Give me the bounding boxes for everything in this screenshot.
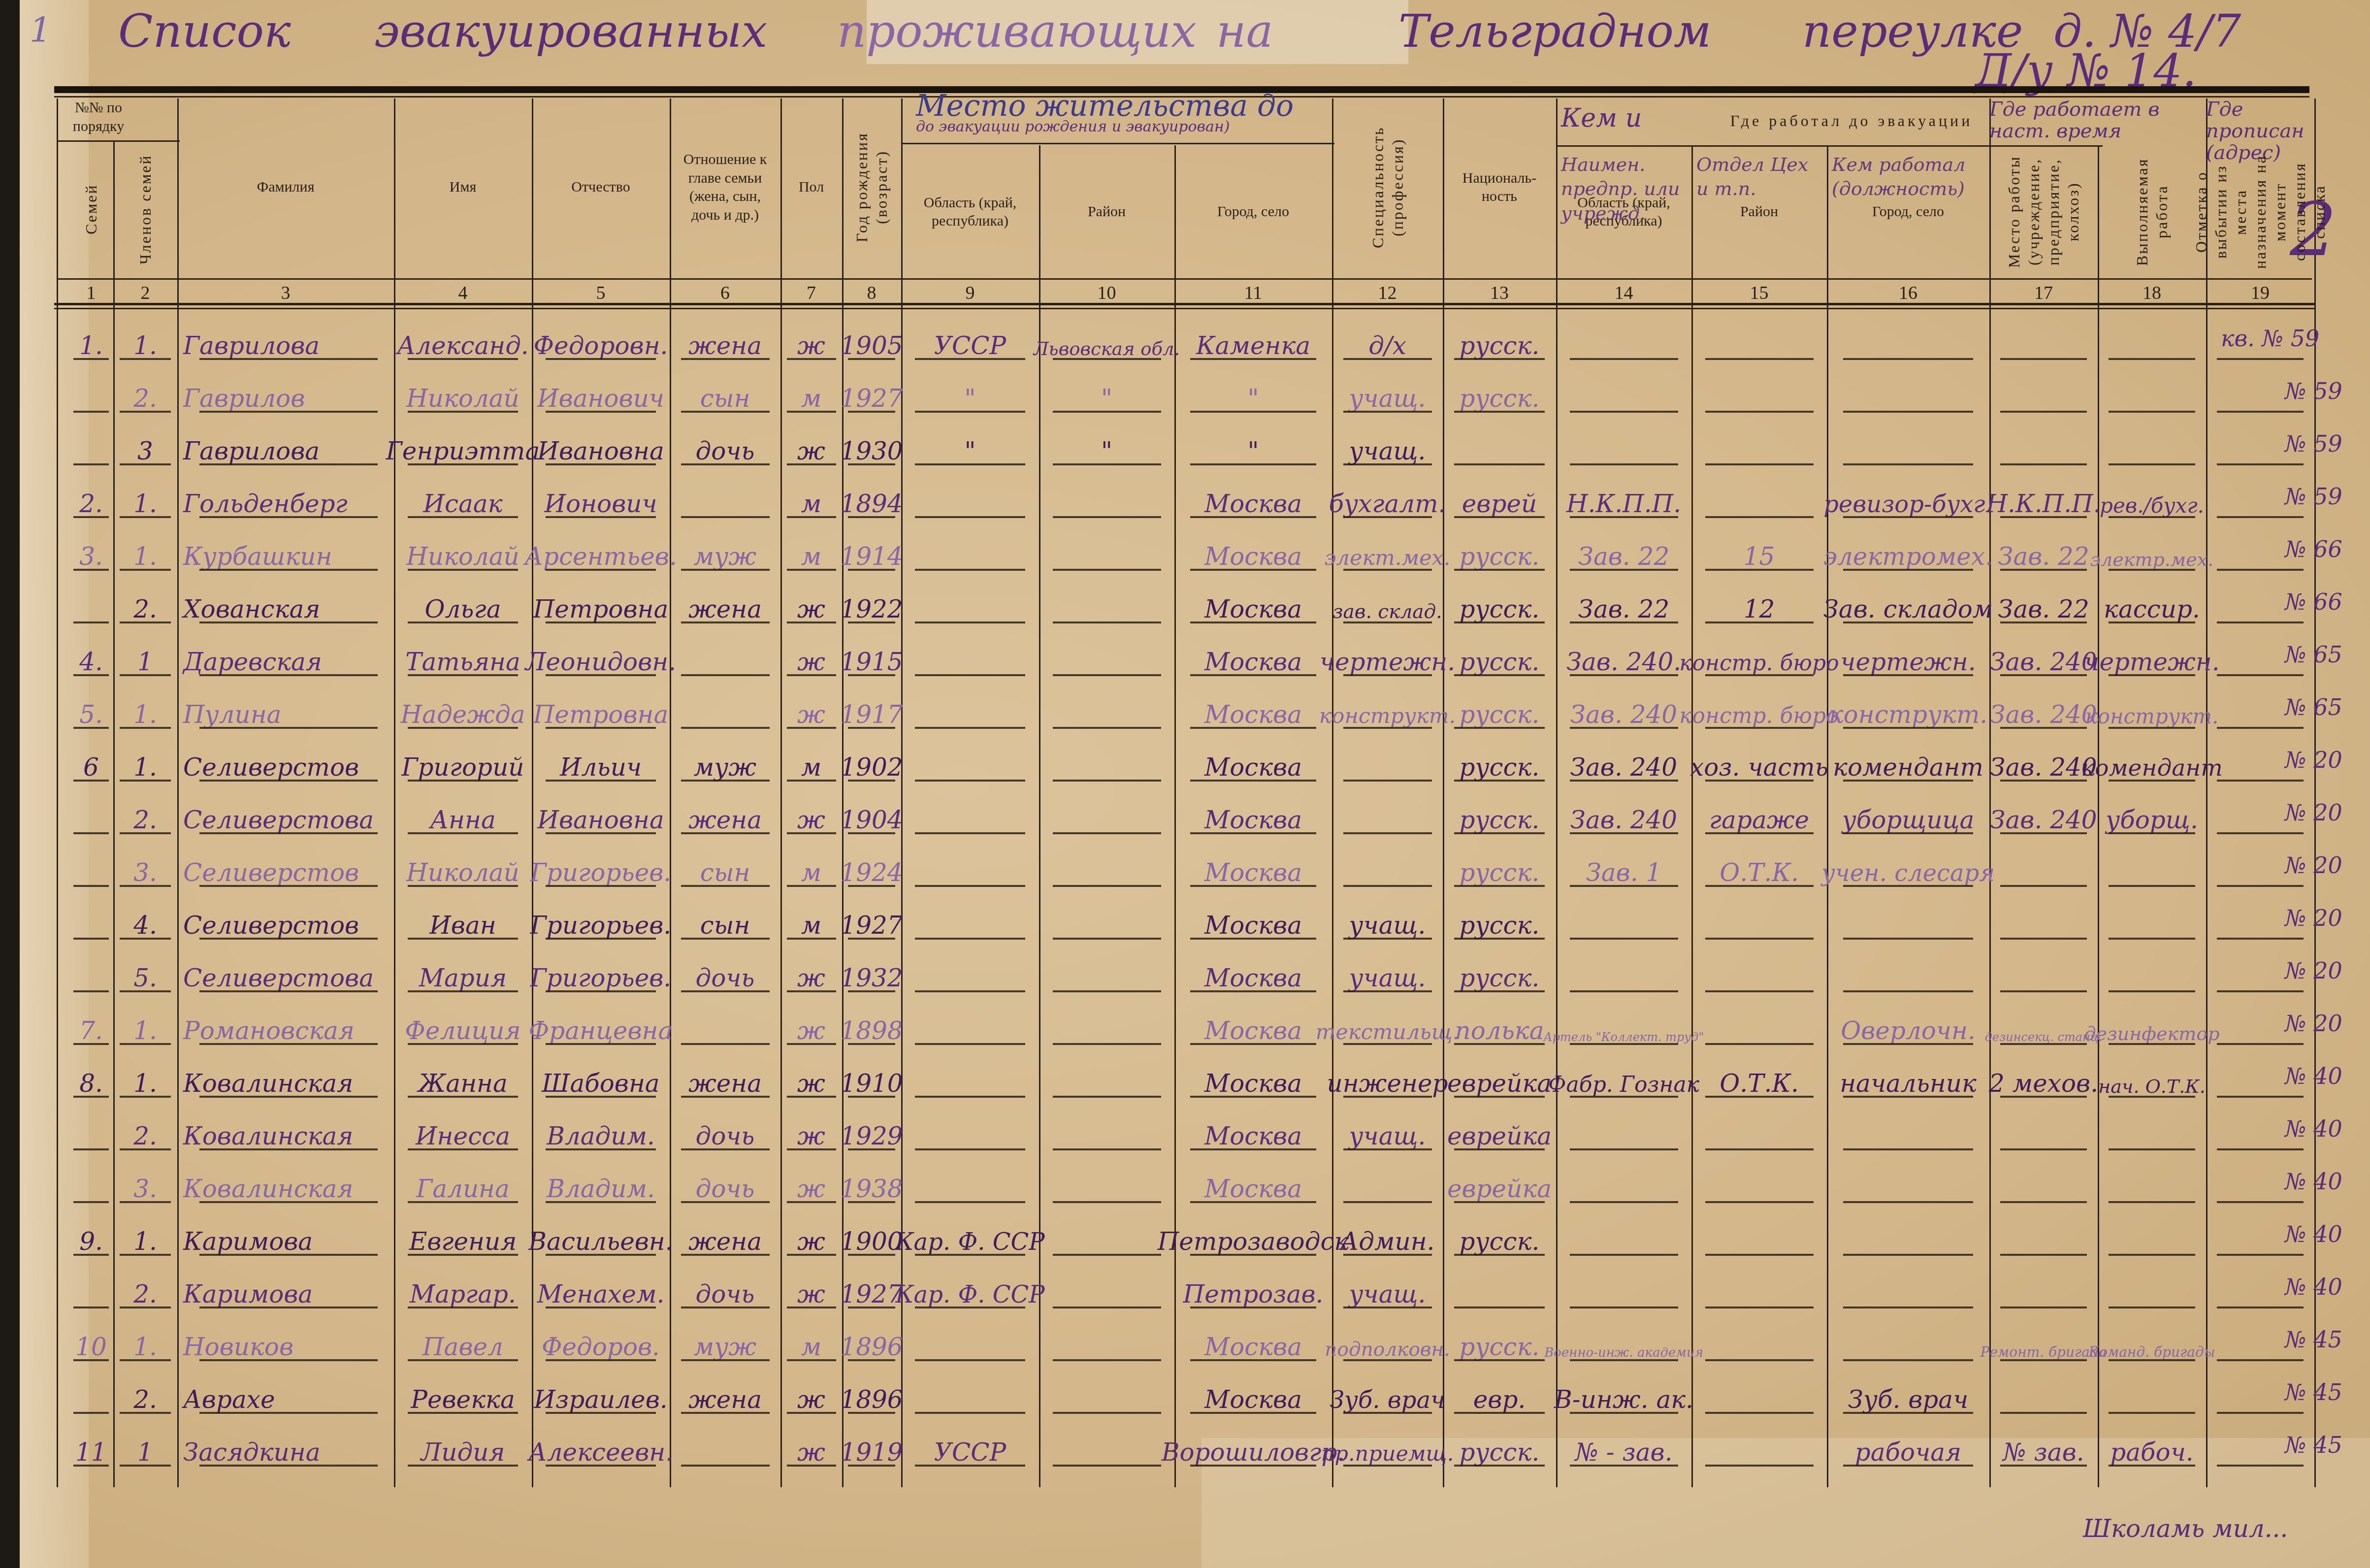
title-word: Тельградном <box>1398 5 1711 58</box>
entry-underline <box>1343 1201 1432 1203</box>
entry-underline <box>1190 1359 1316 1361</box>
cell-rel: жена <box>670 1376 780 1416</box>
entry-underline <box>546 1254 656 1256</box>
cell-city: " <box>1174 428 1332 467</box>
cell-patronymic: Федоровн. <box>532 323 670 362</box>
entry-underline <box>2217 1465 2304 1467</box>
entry-underline <box>1843 516 1973 518</box>
cell-c15: 12 <box>1691 586 1827 625</box>
entry-underline <box>73 674 109 676</box>
cell-c17: Зав. 240 <box>1989 639 2098 678</box>
entry-underline <box>1843 1148 1973 1150</box>
entry-underline <box>1343 885 1432 887</box>
cell-nat: русск. <box>1443 902 1556 942</box>
cell-patronymic: Ильич <box>532 744 670 784</box>
cell-name: Ревекка <box>394 1376 532 1416</box>
entry-underline <box>546 780 656 782</box>
entry-underline <box>2109 938 2195 940</box>
entry-underline <box>787 1465 836 1467</box>
cell-c15: констр. бюро <box>1691 639 1827 678</box>
entry-underline <box>1343 1359 1432 1361</box>
entry-underline <box>73 1201 109 1203</box>
cell-rayon <box>1039 744 1174 784</box>
entry-underline <box>1190 1307 1316 1308</box>
column-separator <box>57 98 58 1487</box>
entry-underline <box>1454 516 1545 518</box>
cell-c15 <box>1691 1113 1827 1152</box>
entry-underline <box>915 1254 1025 1256</box>
entry-underline <box>915 1412 1025 1414</box>
entry-underline <box>1190 885 1316 887</box>
entry-underline <box>848 1096 895 1098</box>
cell-year: 1927 <box>842 1271 901 1310</box>
column-header-6: Отношение к главе семьи (жена, сын, дочь… <box>670 98 780 276</box>
entry-underline <box>848 727 895 729</box>
cell-sex: ж <box>780 1060 842 1100</box>
entry-underline <box>915 832 1025 834</box>
entry-underline <box>546 1096 656 1098</box>
entry-underline <box>848 780 895 782</box>
cell-surname: Пулина <box>177 691 400 731</box>
entry-underline <box>915 885 1025 887</box>
cell-surname: Гаврилова <box>177 428 400 467</box>
entry-underline <box>915 411 1025 413</box>
cell-name: Лидия <box>394 1429 532 1469</box>
cell-sex: м <box>780 902 842 942</box>
entry-underline <box>1454 411 1545 413</box>
entry-underline <box>120 674 171 676</box>
cell-c16 <box>1827 1166 1989 1205</box>
cell-mem: 1. <box>113 1324 177 1363</box>
entry-underline <box>1705 1412 1814 1414</box>
entry-underline <box>1843 1359 1973 1361</box>
entry-underline <box>1570 938 1678 940</box>
apartment-note: № 20 <box>2285 747 2342 773</box>
entry-underline <box>1454 885 1545 887</box>
cell-obl <box>901 481 1039 520</box>
cell-c16 <box>1827 323 1989 362</box>
entry-underline <box>1454 780 1545 782</box>
entry-underline <box>681 1465 770 1467</box>
cell-year: 1904 <box>842 797 901 836</box>
cell-c17 <box>1989 1376 2098 1416</box>
entry-underline <box>2000 832 2087 834</box>
corner-mark: 1 <box>30 10 52 50</box>
entry-underline <box>2000 569 2087 571</box>
entry-underline <box>1343 516 1432 518</box>
cell-c14: Зав. 22 <box>1556 533 1691 573</box>
cell-spec <box>1332 1166 1443 1205</box>
cell-rayon <box>1039 481 1174 520</box>
entry-underline <box>2000 1043 2087 1045</box>
cell-obl <box>901 744 1039 784</box>
cell-c18 <box>2098 1271 2206 1310</box>
entry-underline <box>1705 516 1814 518</box>
entry-underline <box>1343 1465 1432 1467</box>
entry-underline <box>546 1359 656 1361</box>
cell-rel: жена <box>670 586 780 625</box>
cell-c14: Зав. 1 <box>1556 849 1691 889</box>
entry-underline <box>2217 885 2304 887</box>
entry-underline <box>120 1307 171 1308</box>
entry-underline <box>787 780 836 782</box>
cell-mem: 3. <box>113 1166 177 1205</box>
cell-c15 <box>1691 1166 1827 1205</box>
entry-underline <box>1190 938 1316 940</box>
cell-c16 <box>1827 1271 1989 1310</box>
cell-surname: Селиверстова <box>177 797 400 836</box>
entry-underline <box>1705 780 1814 782</box>
cell-c17: Ремонт. бригада <box>1989 1324 2098 1363</box>
cell-spec: учащ. <box>1332 1271 1443 1310</box>
cell-name: Александ. <box>394 323 532 362</box>
entry-underline <box>2000 885 2087 887</box>
cell-c17: Зав. 240 <box>1989 691 2098 731</box>
cell-mem: 1. <box>113 533 177 573</box>
entry-underline <box>546 1043 656 1045</box>
entry-underline <box>1454 1096 1545 1098</box>
entry-underline <box>787 885 836 887</box>
cell-mem: 5. <box>113 955 177 994</box>
cell-surname: Даревская <box>177 639 400 678</box>
entry-underline <box>2217 727 2304 729</box>
entry-underline <box>1570 1201 1678 1203</box>
entry-underline <box>915 569 1025 571</box>
entry-underline <box>1053 727 1161 729</box>
cell-surname: Ковалинская <box>177 1166 400 1205</box>
entry-underline <box>1343 1148 1432 1150</box>
entry-underline <box>120 832 171 834</box>
cell-c16 <box>1827 1113 1989 1152</box>
cell-rel <box>670 691 780 731</box>
cell-year: 1910 <box>842 1060 901 1100</box>
apartment-note: № 20 <box>2285 905 2342 931</box>
entry-underline <box>408 1254 518 1256</box>
cell-nat: полька <box>1443 1008 1556 1047</box>
column-header-14-handwritten: Наимен. предпр. или учрежд. <box>1561 153 1687 226</box>
entry-underline <box>408 1201 518 1203</box>
cell-patronymic: Францевна <box>532 1008 670 1047</box>
cell-name: Иван <box>394 902 532 942</box>
cell-fam: 4. <box>69 639 113 678</box>
cell-year: 1898 <box>842 1008 901 1047</box>
entry-underline <box>848 621 895 623</box>
entry-underline <box>546 1307 656 1308</box>
cell-city: Москва <box>1174 1376 1332 1416</box>
cell-nat: русск. <box>1443 1218 1556 1258</box>
cell-year: 1927 <box>842 902 901 942</box>
cell-c17 <box>1989 375 2098 415</box>
entry-underline <box>1343 463 1432 465</box>
entry-underline <box>1705 1254 1814 1256</box>
entry-underline <box>408 990 518 992</box>
entry-underline <box>681 569 770 571</box>
cell-obl <box>901 586 1039 625</box>
entry-underline <box>199 358 378 360</box>
cell-nat: русск. <box>1443 744 1556 784</box>
column-number: 13 <box>1443 282 1556 305</box>
entry-underline <box>681 516 770 518</box>
entry-underline <box>1843 1412 1973 1414</box>
entry-underline <box>546 990 656 992</box>
cell-year: 1932 <box>842 955 901 994</box>
cell-nat <box>1443 428 1556 467</box>
entry-underline <box>199 1254 378 1256</box>
column-header-13: Националь-ность <box>1443 98 1556 276</box>
entry-underline <box>1570 463 1678 465</box>
entry-underline <box>1843 463 1973 465</box>
cell-spec: учащ. <box>1332 375 1443 415</box>
cell-rayon <box>1039 1113 1174 1152</box>
column-number: 2 <box>113 282 177 305</box>
cell-sex: ж <box>780 1376 842 1416</box>
cell-year: 1896 <box>842 1376 901 1416</box>
entry-underline <box>848 885 895 887</box>
entry-underline <box>2109 1359 2195 1361</box>
entry-underline <box>1190 780 1316 782</box>
cell-c18 <box>2098 375 2206 415</box>
entry-underline <box>408 1307 518 1308</box>
entry-underline <box>1454 1307 1545 1308</box>
cell-rel: сын <box>670 375 780 415</box>
cell-year: 1927 <box>842 375 901 415</box>
entry-underline <box>848 1254 895 1256</box>
entry-underline <box>199 1201 378 1203</box>
entry-underline <box>408 1465 518 1467</box>
entry-underline <box>787 1201 836 1203</box>
cell-city: Москва <box>1174 1113 1332 1152</box>
column-header-11: Город, село <box>1174 148 1332 276</box>
cell-year: 1894 <box>842 481 901 520</box>
entry-underline <box>1570 1254 1678 1256</box>
cell-patronymic: Менахем. <box>532 1271 670 1310</box>
cell-mem: 1. <box>113 1060 177 1100</box>
entry-underline <box>546 1201 656 1203</box>
cell-sex: ж <box>780 323 842 362</box>
entry-underline <box>848 832 895 834</box>
cell-c18 <box>2098 1376 2206 1416</box>
apartment-note: № 20 <box>2285 1010 2342 1037</box>
entry-underline <box>2109 411 2195 413</box>
cell-nat: русск. <box>1443 691 1556 731</box>
entry-underline <box>2109 1412 2195 1414</box>
apartment-note: кв. № 59 <box>2221 325 2319 352</box>
cell-spec <box>1332 797 1443 836</box>
entry-underline <box>1705 358 1814 360</box>
column-number: 14 <box>1556 282 1691 305</box>
entry-underline <box>1843 1096 1973 1098</box>
entry-underline <box>73 463 109 465</box>
cell-spec <box>1332 744 1443 784</box>
entry-underline <box>120 463 171 465</box>
entry-underline <box>120 990 171 992</box>
cell-c14 <box>1556 955 1691 994</box>
entry-underline <box>1843 780 1973 782</box>
cell-c15 <box>1691 1324 1827 1363</box>
cell-mem: 1. <box>113 1008 177 1047</box>
entry-underline <box>1454 1043 1545 1045</box>
entry-underline <box>199 463 378 465</box>
header-group-work-printed: Где работал до эвакуации <box>1679 111 2024 131</box>
entry-underline <box>2000 1359 2087 1361</box>
entry-underline <box>1570 621 1678 623</box>
entry-underline <box>787 1148 836 1150</box>
cell-c16: конструкт. <box>1827 691 1989 731</box>
cell-rel: жена <box>670 797 780 836</box>
cell-name: Фелиция <box>394 1008 532 1047</box>
entry-underline <box>848 1307 895 1308</box>
cell-spec: подполковн. <box>1332 1324 1443 1363</box>
column-header-4: Имя <box>394 98 532 276</box>
entry-underline <box>546 411 656 413</box>
entry-underline <box>2217 1412 2304 1414</box>
cell-patronymic: Петровна <box>532 586 670 625</box>
entry-underline <box>787 1359 836 1361</box>
entry-underline <box>1053 674 1161 676</box>
header-divider <box>1556 145 2103 147</box>
cell-nat: русск. <box>1443 586 1556 625</box>
entry-underline <box>408 674 518 676</box>
entry-underline <box>681 463 770 465</box>
entry-underline <box>2109 463 2195 465</box>
entry-underline <box>1843 832 1973 834</box>
cell-c17: Н.К.П.П. <box>1989 481 2098 520</box>
entry-underline <box>1190 1148 1316 1150</box>
entry-underline <box>1053 1148 1161 1150</box>
cell-name: Григорий <box>394 744 532 784</box>
entry-underline <box>1053 358 1161 360</box>
entry-underline <box>1843 621 1973 623</box>
entry-underline <box>73 1096 109 1098</box>
entry-underline <box>1053 832 1161 834</box>
entry-underline <box>1190 1254 1316 1256</box>
cell-patronymic: Григорьев. <box>532 849 670 889</box>
entry-underline <box>2217 938 2304 940</box>
cell-name: Николай <box>394 849 532 889</box>
cell-fam <box>69 1166 113 1205</box>
cell-fam <box>69 797 113 836</box>
entry-underline <box>2217 1307 2304 1308</box>
entry-underline <box>199 411 378 413</box>
entry-underline <box>2217 621 2304 623</box>
entry-underline <box>2109 727 2195 729</box>
entry-underline <box>848 674 895 676</box>
apartment-note: № 45 <box>2285 1432 2342 1458</box>
entry-underline <box>546 463 656 465</box>
entry-underline <box>408 780 518 782</box>
entry-underline <box>546 938 656 940</box>
cell-mem: 1. <box>113 691 177 731</box>
cell-c15 <box>1691 1376 1827 1416</box>
entry-underline <box>546 1148 656 1150</box>
entry-underline <box>681 621 770 623</box>
cell-fam <box>69 375 113 415</box>
cell-year: 1919 <box>842 1429 901 1469</box>
entry-underline <box>1570 358 1678 360</box>
entry-underline <box>1843 1043 1973 1045</box>
cell-obl: " <box>901 375 1039 415</box>
cell-c15 <box>1691 375 1827 415</box>
entry-underline <box>787 621 836 623</box>
cell-patronymic: Федоров. <box>532 1324 670 1363</box>
column-number: 5 <box>532 282 670 305</box>
entry-underline <box>1454 727 1545 729</box>
cell-c14: Н.К.П.П. <box>1556 481 1691 520</box>
entry-underline <box>681 1148 770 1150</box>
entry-underline <box>120 358 171 360</box>
column-number: 19 <box>2206 282 2314 305</box>
cell-surname: Селиверстов <box>177 744 400 784</box>
cell-mem: 3 <box>113 428 177 467</box>
cell-sex: ж <box>780 1113 842 1152</box>
entry-underline <box>681 1359 770 1361</box>
cell-surname: Новиков <box>177 1324 400 1363</box>
cell-c16 <box>1827 1324 1989 1363</box>
entry-underline <box>199 1043 378 1045</box>
cell-c14 <box>1556 902 1691 942</box>
header-group-work-hand: Кем и <box>1561 103 1642 133</box>
cell-surname: Ковалинская <box>177 1060 400 1100</box>
column-header-8: Год рождения (возраст) <box>842 98 901 276</box>
cell-c14: Зав. 240. <box>1556 639 1691 678</box>
apartment-note: № 59 <box>2285 430 2342 457</box>
cell-c17 <box>1989 1113 2098 1152</box>
entry-underline <box>120 411 171 413</box>
entry-underline <box>787 1412 836 1414</box>
entry-underline <box>1705 463 1814 465</box>
entry-underline <box>1570 1359 1678 1361</box>
entry-underline <box>1570 727 1678 729</box>
entry-underline <box>1053 885 1161 887</box>
entry-underline <box>2000 358 2087 360</box>
entry-underline <box>73 1043 109 1045</box>
cell-fam: 8. <box>69 1060 113 1100</box>
entry-underline <box>2109 1465 2195 1467</box>
column-number: 17 <box>1989 282 2098 305</box>
entry-underline <box>546 832 656 834</box>
column-header-17: Место работы (учреждение, предприятие, к… <box>1989 148 2098 276</box>
cell-c14 <box>1556 1218 1691 1258</box>
cell-rel: дочь <box>670 1166 780 1205</box>
column-number: 16 <box>1827 282 1989 305</box>
entry-underline <box>408 727 518 729</box>
cell-c14: Зав. 240 <box>1556 691 1691 731</box>
entry-underline <box>408 621 518 623</box>
entry-underline <box>1454 990 1545 992</box>
cell-c18: конструкт. <box>2098 691 2206 731</box>
entry-underline <box>2000 1201 2087 1203</box>
cell-spec: конструкт. <box>1332 691 1443 731</box>
entry-underline <box>1705 411 1814 413</box>
entry-underline <box>2000 1254 2087 1256</box>
entry-underline <box>1343 832 1432 834</box>
cell-surname: Ковалинская <box>177 1113 400 1152</box>
entry-underline <box>120 569 171 571</box>
entry-underline <box>1570 516 1678 518</box>
cell-patronymic: Васильевн. <box>532 1218 670 1258</box>
entry-underline <box>2109 1096 2195 1098</box>
entry-underline <box>681 885 770 887</box>
cell-city: Петрозаводск <box>1174 1218 1332 1258</box>
column-number: 18 <box>2098 282 2206 305</box>
cell-city: Москва <box>1174 586 1332 625</box>
cell-c17: Зав. 22 <box>1989 533 2098 573</box>
entry-underline <box>1570 885 1678 887</box>
cell-patronymic: Владим. <box>532 1113 670 1152</box>
cell-c16 <box>1827 1218 1989 1258</box>
entry-underline <box>1190 358 1316 360</box>
cell-obl <box>901 639 1039 678</box>
